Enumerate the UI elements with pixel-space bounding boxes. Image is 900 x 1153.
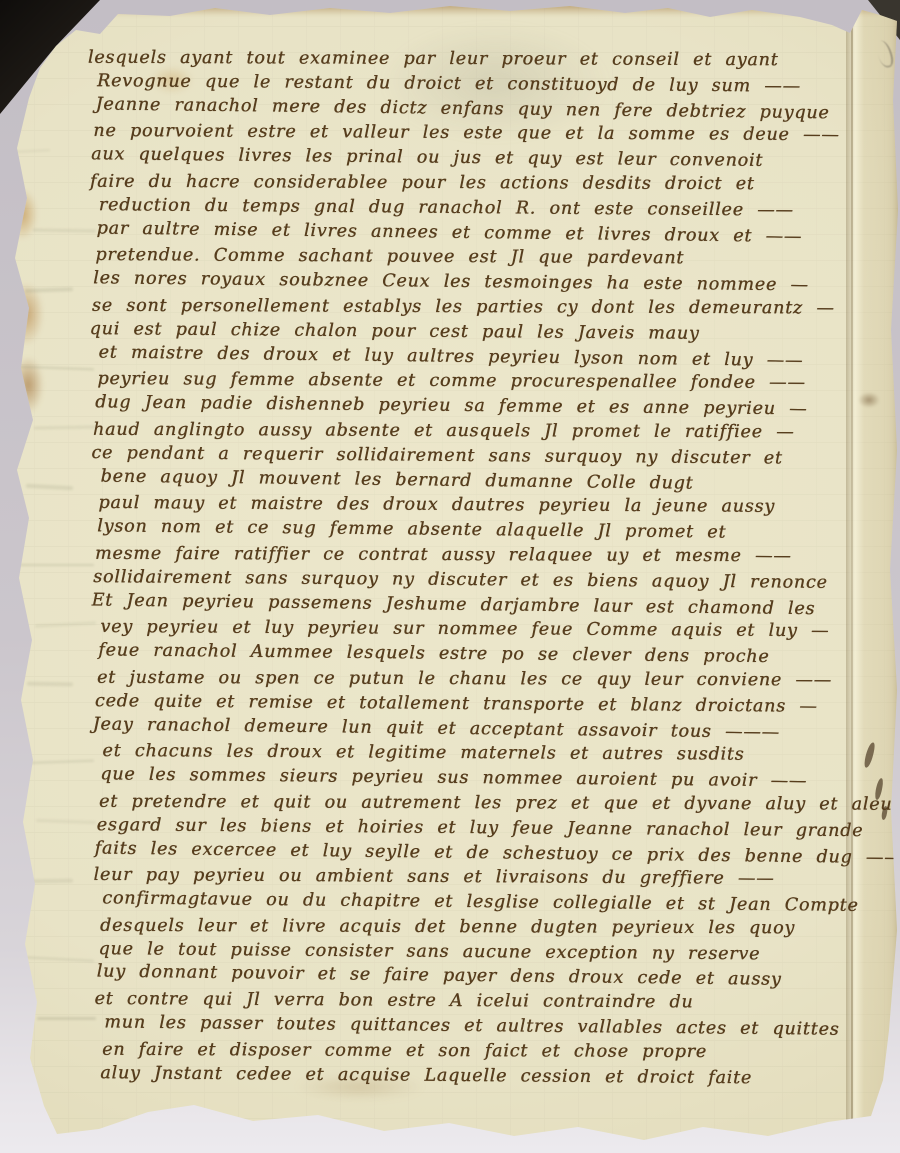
show-through-mark <box>26 484 73 490</box>
show-through-mark <box>28 879 73 884</box>
paper-sheet: lesquels ayant tout examinee par leur pr… <box>0 0 900 1153</box>
age-stain-left-3 <box>12 356 44 414</box>
photo-backdrop: lesquels ayant tout examinee par leur pr… <box>0 0 900 1153</box>
manuscript-line: aluy Jnstant cedee et acquise Laquelle c… <box>100 1061 875 1092</box>
manuscript-text-block: lesquels ayant tout examinee par leur pr… <box>80 44 883 1092</box>
show-through-mark <box>27 682 73 687</box>
show-through-mark <box>16 149 50 153</box>
show-through-mark <box>18 564 94 566</box>
age-stain-left-1 <box>6 188 38 240</box>
show-through-mark <box>25 287 73 293</box>
show-through-mark <box>17 366 94 371</box>
age-stain-top-rim <box>30 4 880 16</box>
age-stain-left-2 <box>8 282 44 346</box>
